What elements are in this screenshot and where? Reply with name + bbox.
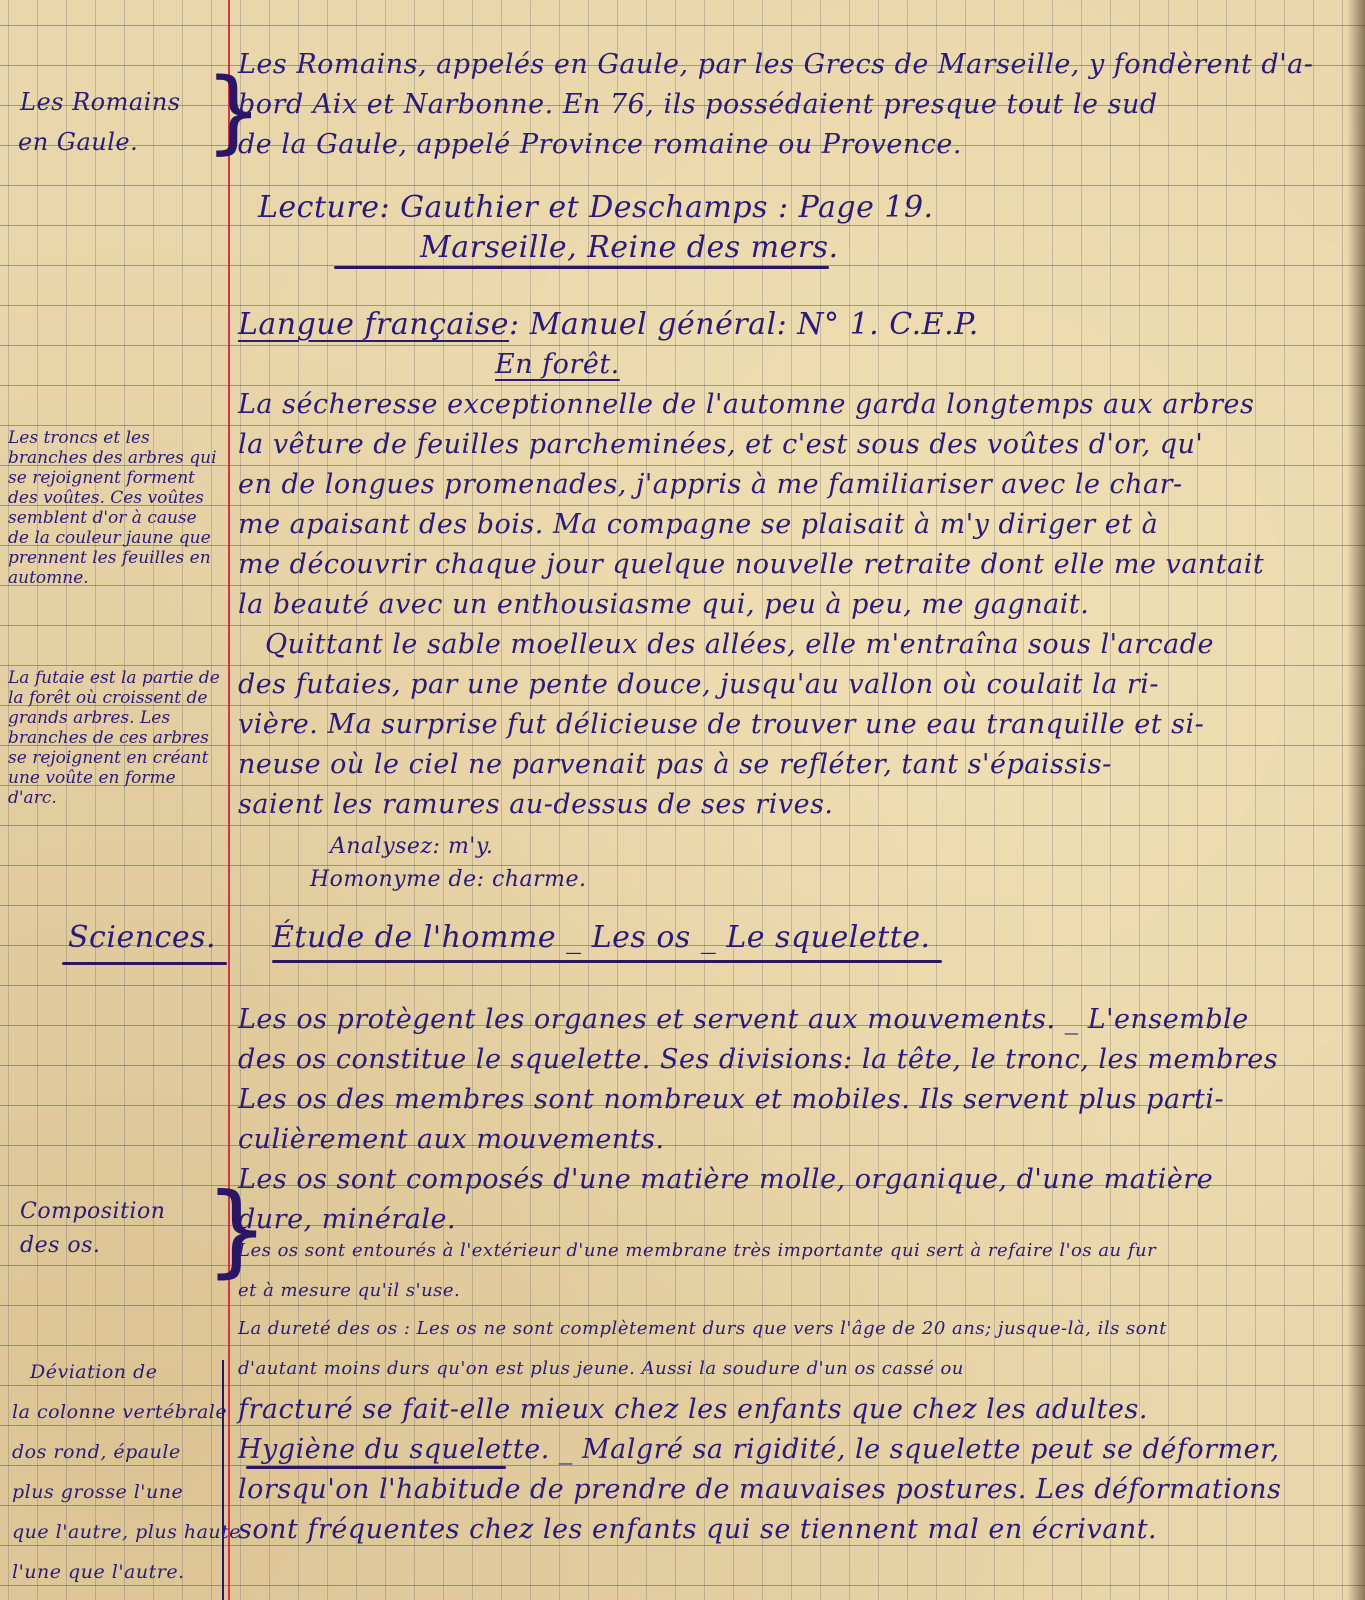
text-line: lorsqu'on l'habitude de prendre de mauva… <box>238 1470 1281 1510</box>
text-line: la beauté avec un enthousiasme qui, peu … <box>238 585 1089 625</box>
history-line: bord Aix et Narbonne. En 76, ils posséda… <box>238 85 1158 125</box>
small-text-line: Les os sont entourés à l'extérieur d'une… <box>238 1240 1156 1262</box>
history-line: Les Romains, appelés en Gaule, par les G… <box>238 45 1313 85</box>
text-line: neuse où le ciel ne parvenait pas à se r… <box>238 745 1112 785</box>
text-line: des os constitue le squelette. Ses divis… <box>238 1040 1278 1080</box>
lecture-subtitle: Marseille, Reine des mers. <box>420 228 839 268</box>
text-line: des futaies, par une pente douce, jusqu'… <box>238 665 1159 705</box>
text-line: la vêture de feuilles parcheminées, et c… <box>238 425 1203 465</box>
small-text-line: et à mesure qu'il s'use. <box>238 1280 460 1302</box>
text-line: me apaisant des bois. Ma compagne se pla… <box>238 505 1158 545</box>
text-line: sont fréquentes chez les enfants qui se … <box>238 1510 1157 1550</box>
text-line: La sécheresse exceptionnelle de l'automn… <box>238 385 1254 425</box>
deviation-note: que l'autre, plus haute <box>12 1512 241 1552</box>
lecture-heading: Lecture: Gauthier et Deschamps : Page 19… <box>258 188 934 228</box>
langue-heading: Langue française: Manuel général: N° 1. … <box>238 305 979 345</box>
text-line: me découvrir chaque jour quelque nouvell… <box>238 545 1264 585</box>
text-line: Les os protègent les organes et servent … <box>238 1000 1249 1040</box>
text-line: dure, minérale. <box>238 1200 456 1240</box>
margin-note-voutes: Les troncs et les branches des arbres qu… <box>8 428 223 588</box>
deviation-note: dos rond, épaule <box>12 1432 181 1472</box>
margin-note-futaie: La futaie est la partie de la forêt où c… <box>8 668 223 808</box>
margin-title-romains: Les Romains <box>20 82 181 122</box>
vertical-rule <box>222 1360 224 1600</box>
underline-rule <box>62 962 227 965</box>
sciences-margin-title: Sciences. <box>68 918 216 958</box>
text-line: vière. Ma surprise fut délicieuse de tro… <box>238 705 1204 745</box>
deviation-note: Déviation de <box>30 1352 157 1392</box>
small-text-line: d'autant moins durs qu'on est plus jeune… <box>238 1358 964 1380</box>
text-line: en de longues promenades, j'appris à me … <box>238 465 1183 505</box>
underline-rule <box>272 960 942 963</box>
deviation-note: la colonne vertébrale <box>12 1392 227 1432</box>
langue-heading-rest: : Manuel général: N° 1. C.E.P. <box>509 307 979 342</box>
notebook-page: Les Romains en Gaule. } Les Romains, app… <box>0 0 1365 1600</box>
deviation-note: plus grosse l'une <box>12 1472 183 1512</box>
history-line: de la Gaule, appelé Province romaine ou … <box>238 125 962 165</box>
composition-label: des os. <box>20 1226 100 1266</box>
page-edge-shadow <box>1347 0 1365 1600</box>
text-line: saient les ramures au-dessus de ses rive… <box>238 785 834 825</box>
langue-heading-title: Langue française <box>238 307 509 342</box>
langue-subtitle: En forêt. <box>495 345 620 385</box>
homonyme-line: Homonyme de: charme. <box>310 860 587 900</box>
text-line: fracturé se fait-elle mieux chez les enf… <box>238 1390 1148 1430</box>
underline-rule <box>246 1466 506 1469</box>
text-line: Les os sont composés d'une matière molle… <box>238 1160 1213 1200</box>
deviation-note: l'une que l'autre. <box>12 1552 185 1592</box>
text-line: Les os des membres sont nombreux et mobi… <box>238 1080 1224 1120</box>
red-margin-rule <box>228 0 230 1600</box>
brace-icon: } <box>205 1170 269 1290</box>
margin-title-gaule: en Gaule. <box>18 122 138 162</box>
text-line: culièrement aux mouvements. <box>238 1120 665 1160</box>
small-text-line: La dureté des os : Les os ne sont complè… <box>238 1318 1167 1340</box>
sciences-heading: Étude de l'homme _ Les os _ Le squelette… <box>272 918 930 958</box>
underline-rule <box>334 266 829 269</box>
text-line: Hygiène du squelette. _ Malgré sa rigidi… <box>238 1430 1280 1470</box>
text-line: Quittant le sable moelleux des allées, e… <box>265 625 1214 665</box>
